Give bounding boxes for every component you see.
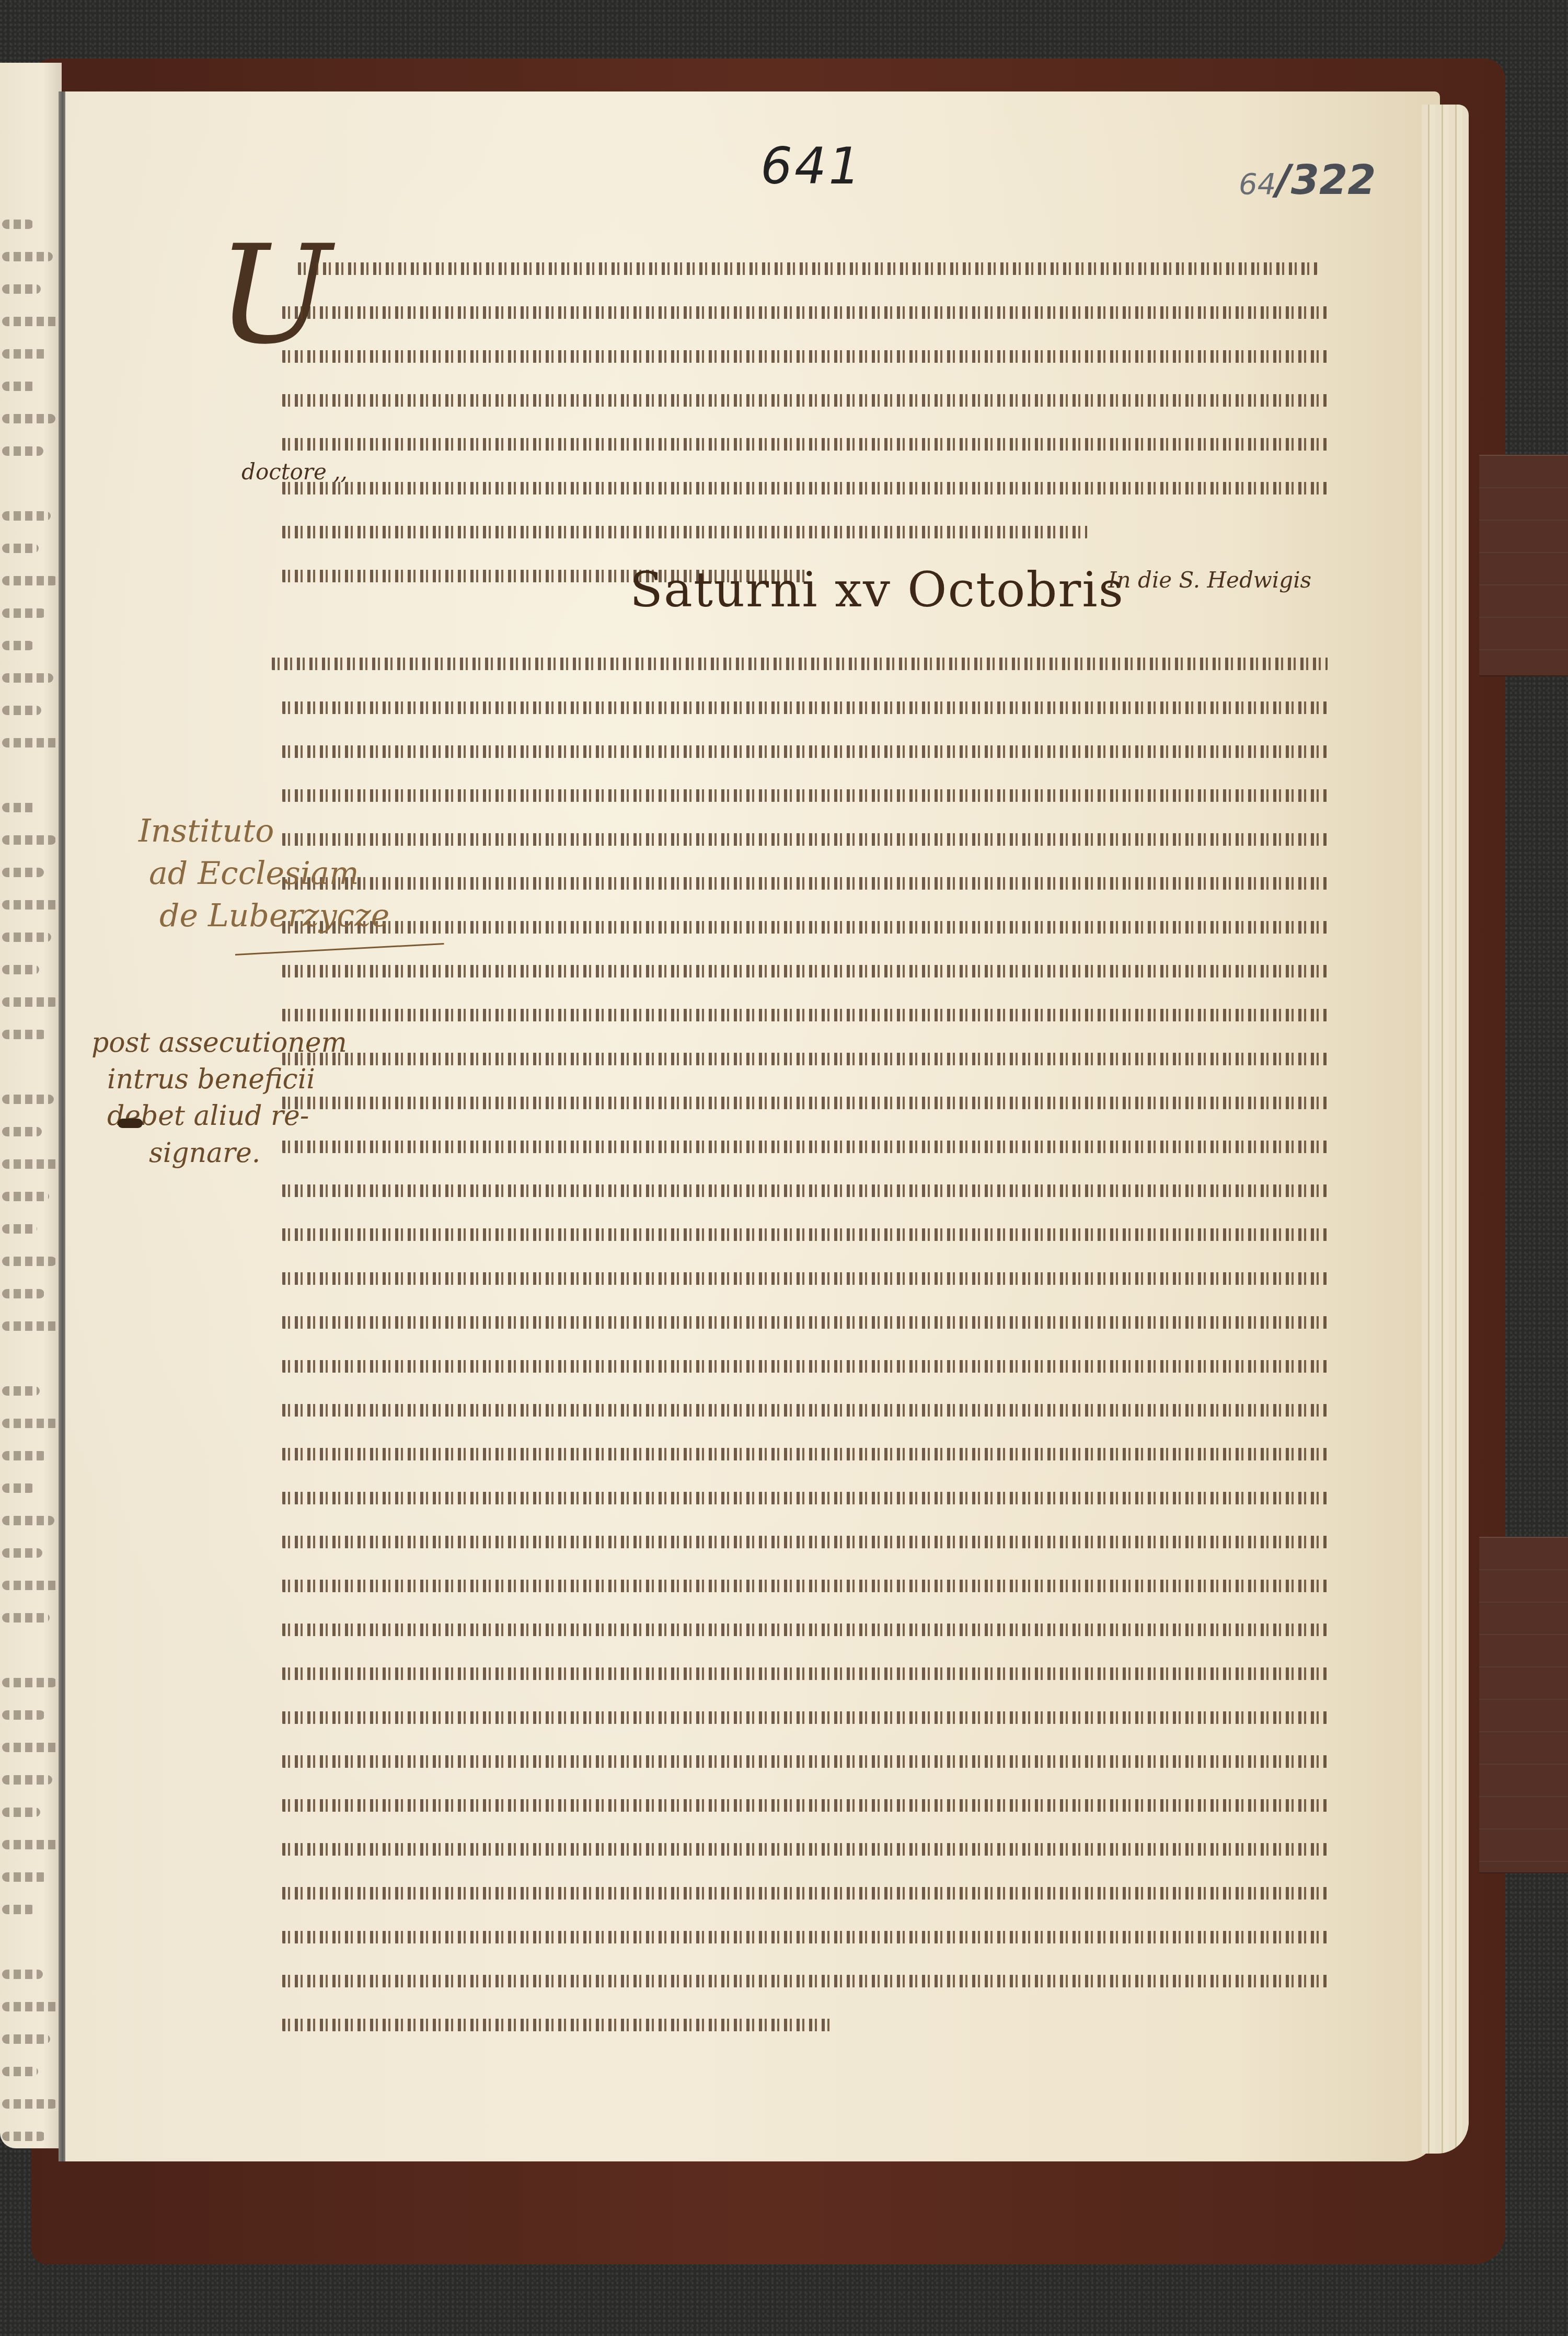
facing-page-text-line — [2, 1030, 47, 1039]
facing-page-text-line — [2, 1613, 50, 1622]
handwritten-line — [282, 1178, 1328, 1199]
handwritten-line — [282, 1354, 1328, 1375]
handwritten-line — [282, 1969, 1328, 1989]
facing-page-text-line — [2, 868, 44, 877]
facing-page-text-line — [2, 511, 51, 521]
handwritten-line — [298, 256, 1317, 277]
facing-page-text-line — [2, 1224, 37, 1234]
handwritten-line — [282, 1793, 1328, 1814]
facing-page-text-line — [2, 1159, 61, 1169]
facing-page-text-line — [2, 1257, 56, 1266]
binding-strap-upper — [1479, 455, 1568, 676]
handwritten-line — [282, 871, 1328, 892]
facing-page-text-line — [2, 576, 58, 585]
facing-page-text-line — [2, 1483, 35, 1493]
handwritten-line — [282, 520, 1087, 540]
facing-page-text-line — [2, 284, 41, 294]
facing-page-text-line — [2, 2002, 62, 2011]
facing-page-text-line — [2, 933, 51, 942]
facing-page-text-line — [2, 738, 61, 747]
folio-number-pencil: 64/322 — [1239, 157, 1376, 204]
handwritten-line — [282, 1573, 1328, 1594]
ink-blot — [118, 1119, 143, 1128]
facing-page-text-line — [2, 1192, 49, 1201]
facing-page-text-line — [2, 382, 36, 391]
handwritten-line — [282, 1881, 1328, 1902]
handwritten-line — [272, 651, 1328, 672]
handwritten-line — [282, 1486, 1328, 1506]
handwritten-line — [282, 1749, 1328, 1770]
handwritten-line — [282, 2012, 831, 2033]
facing-page-text-line — [2, 2132, 45, 2141]
folio-number: 322 — [1291, 157, 1376, 204]
facing-page-text-line — [2, 220, 33, 229]
facing-page-text-line — [2, 2034, 50, 2044]
facing-page-text-line — [2, 1710, 45, 1720]
facing-page-text-line — [2, 317, 60, 326]
handwritten-line — [282, 1222, 1328, 1243]
page-fore-edge — [1422, 105, 1469, 2154]
facing-page-text-line — [2, 608, 46, 618]
handwritten-line — [282, 1705, 1328, 1726]
handwritten-body — [282, 256, 1369, 2056]
handwritten-line — [282, 432, 1328, 453]
facing-page-text-line — [2, 1905, 36, 1914]
facing-page-text-line — [2, 803, 37, 812]
facing-page-text-line — [2, 2067, 38, 2076]
facing-page-text-line — [2, 1548, 42, 1558]
handwritten-line — [282, 827, 1328, 848]
facing-page-text-line — [2, 1127, 42, 1136]
facing-page-text-line — [2, 706, 41, 715]
handwritten-line — [282, 1837, 1328, 1858]
facing-page-text-line — [2, 1775, 52, 1785]
facing-page-text-line — [2, 1970, 43, 1979]
handwritten-line — [282, 695, 1328, 716]
handwritten-line — [282, 1046, 1328, 1067]
handwritten-line — [282, 915, 1328, 936]
facing-page-text-line — [2, 965, 39, 974]
margin-note-line: intrus beneficii — [91, 1061, 347, 1098]
facing-page-text-line — [2, 1743, 62, 1752]
facing-page-text-line — [2, 641, 34, 650]
handwritten-line — [282, 1442, 1328, 1463]
margin-note-line: debet aliud re- — [91, 1098, 347, 1134]
margin-note-instituto: Instituto ad Ecclesiam de Luberzycze — [139, 810, 389, 937]
handwritten-line — [282, 1090, 1328, 1111]
handwritten-line — [282, 344, 1328, 365]
facing-page-text-line — [2, 1516, 54, 1525]
heading-note: In die S. Hedwigis — [1108, 567, 1311, 593]
facing-page-text-line — [2, 1840, 60, 1849]
handwritten-line — [282, 1529, 1328, 1550]
binding-strap-lower — [1479, 1537, 1568, 1873]
facing-page-text-line — [2, 349, 48, 359]
facing-page-text-line — [2, 997, 59, 1007]
facing-page-text-line — [2, 544, 39, 553]
folio-prefix: 64 — [1239, 167, 1276, 201]
facing-page-text-line — [2, 673, 53, 683]
handwritten-line — [282, 388, 1328, 409]
margin-note-line: ad Ecclesiam — [139, 853, 389, 895]
facing-page-text-line — [2, 2099, 57, 2109]
facing-page-text-line — [2, 1095, 54, 1104]
handwritten-line — [282, 1003, 1328, 1023]
handwritten-line — [282, 1925, 1328, 1946]
handwritten-line — [282, 1617, 1328, 1638]
facing-page-text-line — [2, 1289, 44, 1298]
margin-note-line: post assecutionem — [91, 1025, 347, 1061]
handwritten-line — [282, 739, 1328, 760]
facing-page-text-line — [2, 1872, 48, 1882]
handwritten-line — [282, 959, 1328, 980]
facing-page-left — [0, 63, 62, 2148]
facing-page-text-line — [2, 252, 53, 261]
folio-number-ink: 641 — [760, 137, 862, 195]
margin-note-line: de Luberzycze — [139, 895, 389, 937]
facing-page-text-line — [2, 1451, 47, 1460]
handwritten-line — [282, 1134, 1328, 1155]
margin-note-post: post assecutionem intrus beneficii debet… — [91, 1025, 347, 1171]
facing-page-text-line — [2, 900, 62, 910]
entry-heading: Saturni xv Octobris — [630, 562, 1124, 618]
handwritten-line — [282, 1266, 1328, 1287]
facing-page-text-line — [2, 1386, 40, 1396]
margin-note-line: signare. — [91, 1135, 347, 1171]
facing-page-text-line — [2, 1419, 59, 1428]
margin-note-doctoris: doctore ,, — [241, 457, 348, 487]
margin-note-line: Instituto — [139, 810, 389, 853]
handwritten-line — [282, 783, 1328, 804]
facing-page-text-line — [2, 1581, 62, 1590]
handwritten-line — [282, 1661, 1328, 1682]
handwritten-line — [282, 1398, 1328, 1419]
handwritten-line — [282, 476, 1328, 497]
handwritten-line — [282, 1310, 1328, 1331]
facing-page-text-line — [2, 1678, 57, 1687]
facing-page-text-line — [2, 446, 43, 456]
handwritten-line — [282, 300, 1328, 321]
facing-page-text-line — [2, 1808, 40, 1817]
facing-page-text-line — [2, 1321, 62, 1331]
facing-page-text-line — [2, 835, 56, 845]
facing-page-text-line — [2, 414, 55, 423]
